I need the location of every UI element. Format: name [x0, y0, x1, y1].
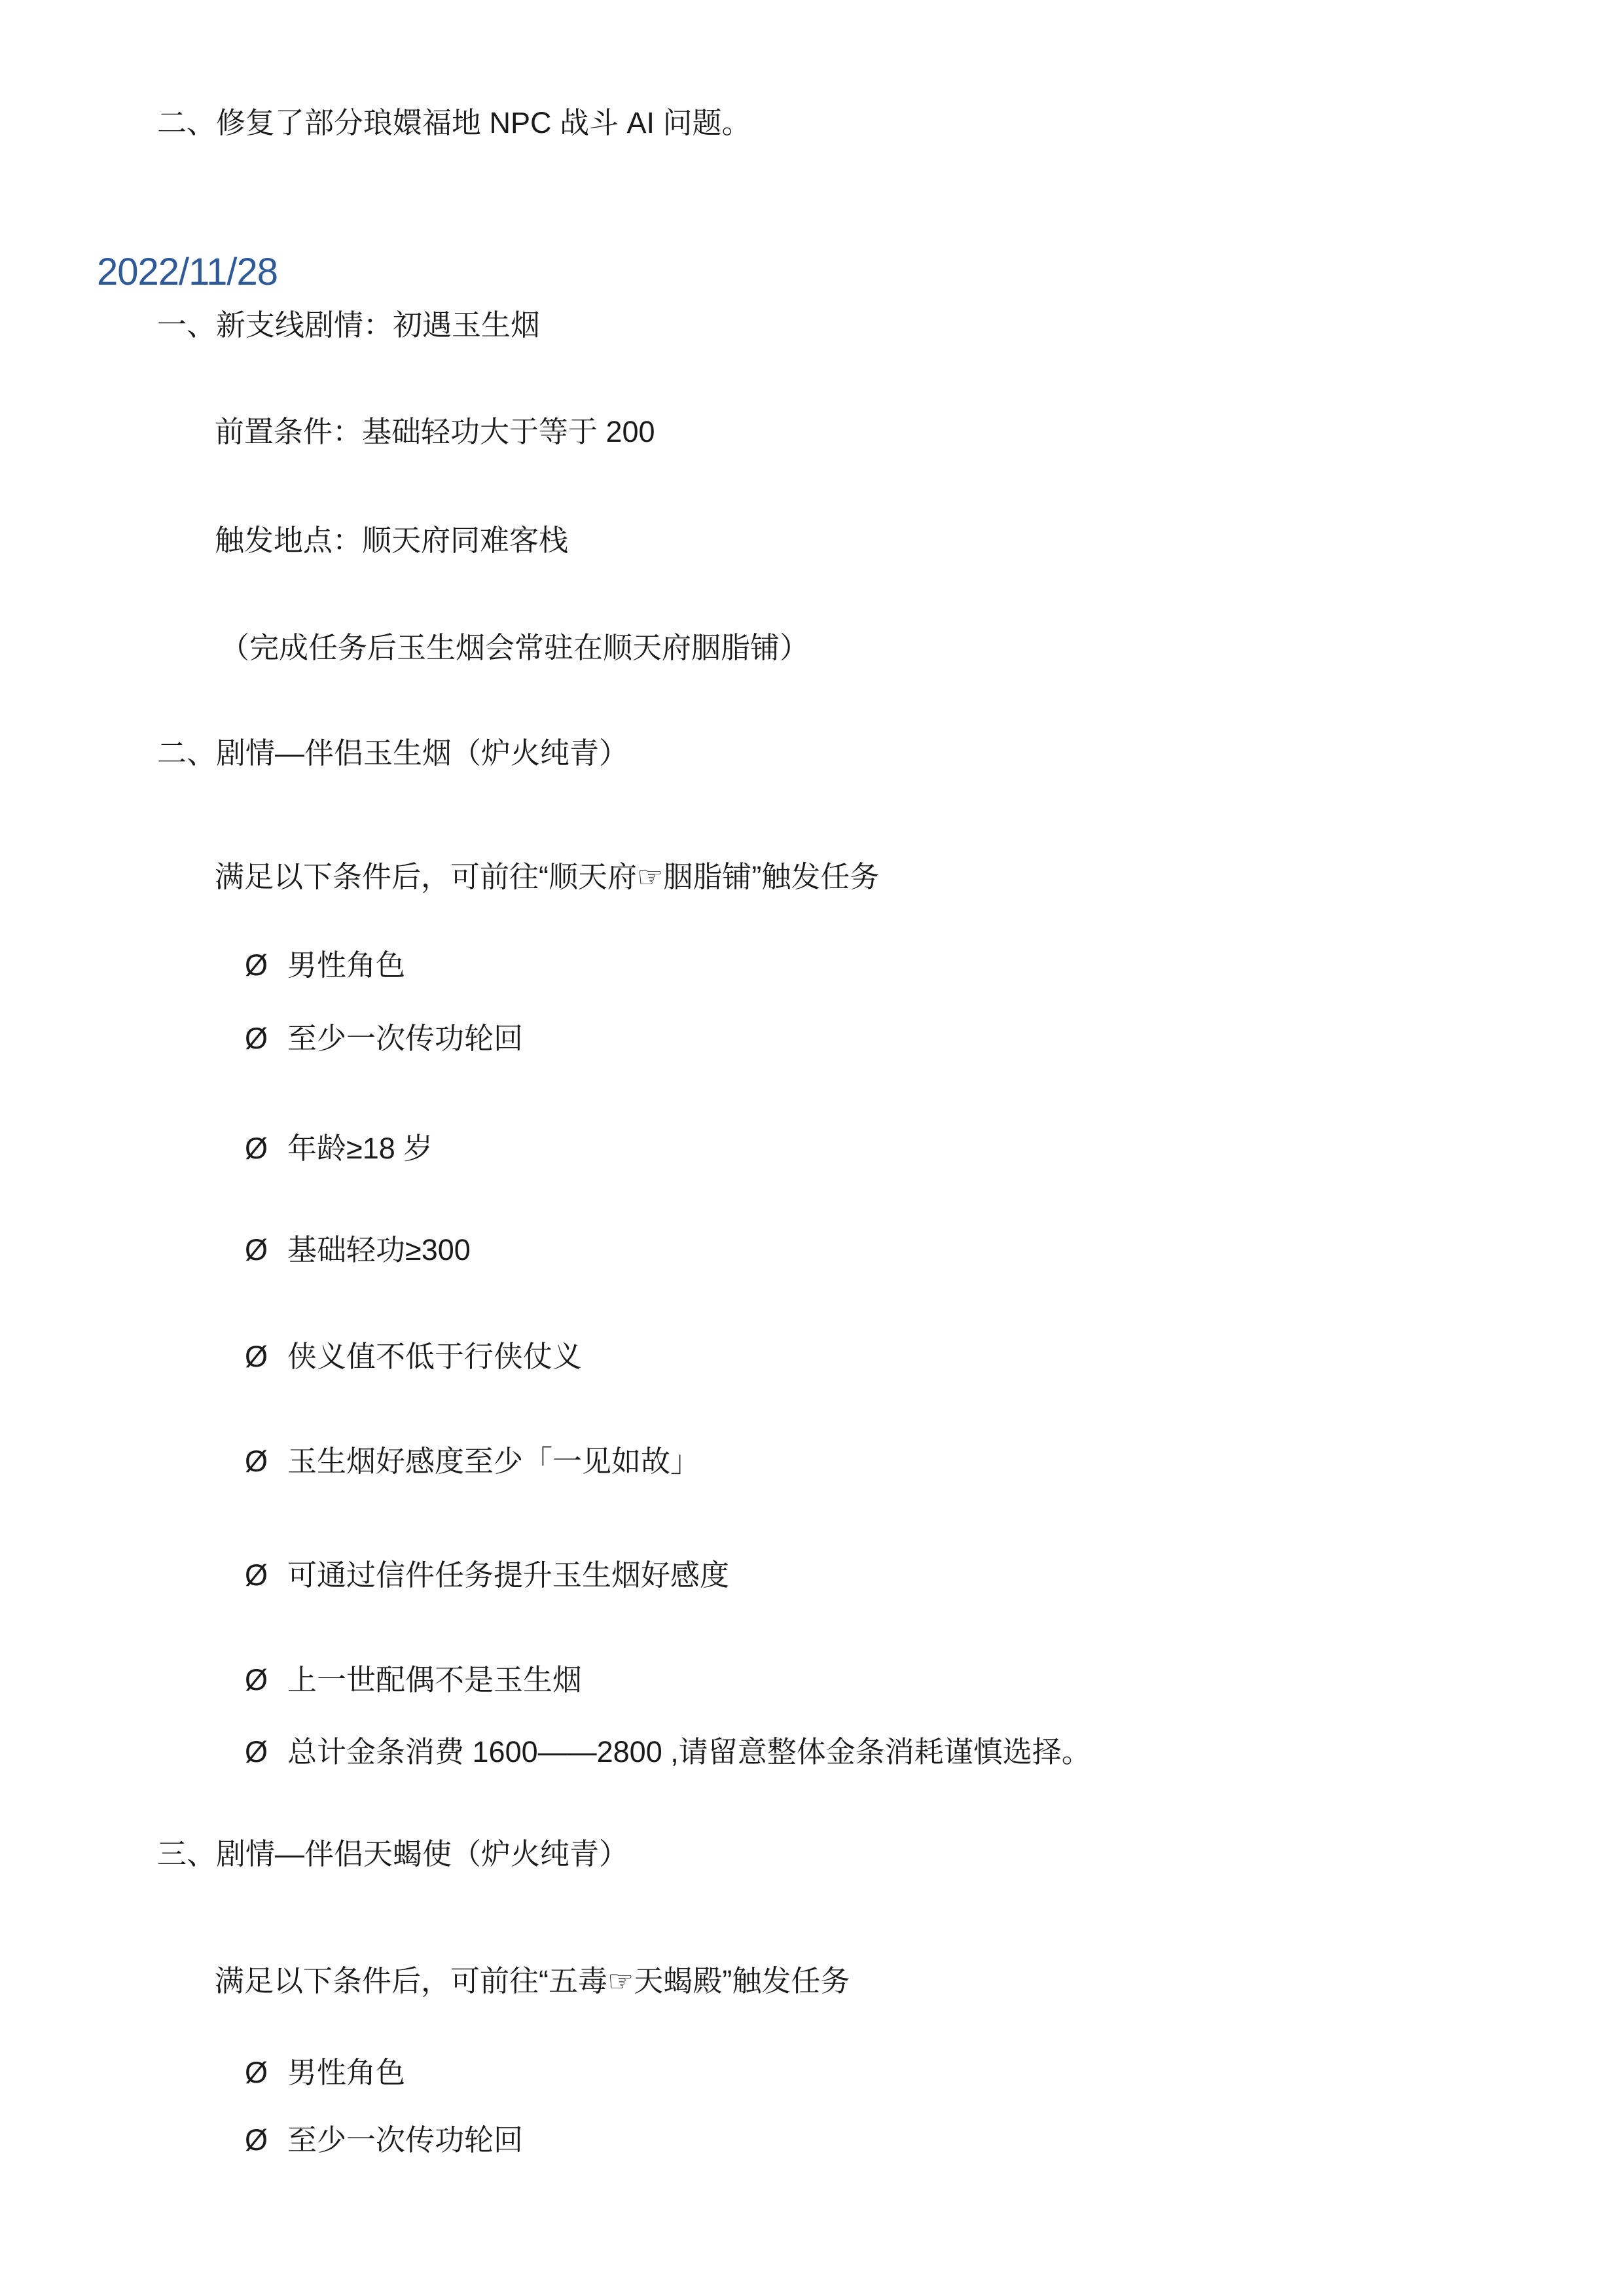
- section-1-prerequisite: 前置条件：基础轻功大于等于 200: [215, 413, 655, 451]
- bullet-text: 玉生烟好感度至少「一见如故」: [287, 1443, 700, 1480]
- bullet-marker-icon: Ø: [245, 2054, 268, 2092]
- document-page: 二、修复了部分琅嬛福地 NPC 战斗 AI 问题。 2022/11/28 一、新…: [0, 0, 1624, 2296]
- bullet-text: 侠义值不低于行侠仗义: [287, 1338, 582, 1376]
- bullet-item: Ø 男性角色: [245, 2054, 405, 2092]
- bullet-text: 总计金条消费 1600——2800 ,请留意整体金条消耗谨慎选择。: [287, 1733, 1091, 1771]
- bullet-marker-icon: Ø: [245, 1733, 268, 1771]
- bullet-text: 男性角色: [287, 2054, 405, 2092]
- bullet-item: Ø 总计金条消费 1600——2800 ,请留意整体金条消耗谨慎选择。: [245, 1733, 1091, 1771]
- bullet-item: Ø 可通过信件任务提升玉生烟好感度: [245, 1556, 729, 1594]
- section-2-title: 二、剧情—伴侣玉生烟（炉火纯青）: [157, 734, 628, 772]
- bullet-marker-icon: Ø: [245, 2121, 268, 2159]
- bullet-marker-icon: Ø: [245, 1231, 268, 1269]
- bullet-item: Ø 侠义值不低于行侠仗义: [245, 1338, 582, 1376]
- section-3-intro: 满足以下条件后，可前往“五毒☞天蝎殿”触发任务: [215, 1962, 850, 2000]
- bullet-item: Ø 上一世配偶不是玉生烟: [245, 1661, 582, 1699]
- bullet-item: Ø 男性角色: [245, 946, 405, 984]
- bullet-text: 基础轻功≥300: [287, 1231, 471, 1269]
- bullet-text: 上一世配偶不是玉生烟: [287, 1661, 582, 1699]
- section-1-note: （完成任务后玉生烟会常驻在顺天府胭脂铺）: [220, 629, 809, 667]
- section-1-trigger-location: 触发地点：顺天府同难客栈: [215, 522, 568, 560]
- section-1-title: 一、新支线剧情：初遇玉生烟: [157, 306, 540, 344]
- section-3-title: 三、剧情—伴侣天蝎使（炉火纯青）: [157, 1835, 628, 1873]
- bullet-item: Ø 基础轻功≥300: [245, 1231, 471, 1269]
- patch-note-line: 二、修复了部分琅嬛福地 NPC 战斗 AI 问题。: [157, 104, 751, 142]
- bullet-item: Ø 至少一次传功轮回: [245, 2121, 523, 2159]
- bullet-text: 至少一次传功轮回: [287, 2121, 523, 2159]
- bullet-marker-icon: Ø: [245, 1661, 268, 1699]
- bullet-text: 年龄≥18 岁: [287, 1130, 433, 1168]
- date-heading: 2022/11/28: [97, 249, 278, 295]
- bullet-marker-icon: Ø: [245, 1443, 268, 1480]
- bullet-item: Ø 年龄≥18 岁: [245, 1130, 433, 1168]
- bullet-text: 男性角色: [287, 946, 405, 984]
- bullet-marker-icon: Ø: [245, 1556, 268, 1594]
- bullet-item: Ø 玉生烟好感度至少「一见如故」: [245, 1443, 700, 1480]
- section-2-intro: 满足以下条件后，可前往“顺天府☞胭脂铺”触发任务: [215, 858, 879, 896]
- bullet-marker-icon: Ø: [245, 1338, 268, 1376]
- bullet-text: 至少一次传功轮回: [287, 1020, 523, 1058]
- bullet-marker-icon: Ø: [245, 946, 268, 984]
- bullet-marker-icon: Ø: [245, 1130, 268, 1168]
- bullet-marker-icon: Ø: [245, 1020, 268, 1058]
- bullet-text: 可通过信件任务提升玉生烟好感度: [287, 1556, 729, 1594]
- bullet-item: Ø 至少一次传功轮回: [245, 1020, 523, 1058]
